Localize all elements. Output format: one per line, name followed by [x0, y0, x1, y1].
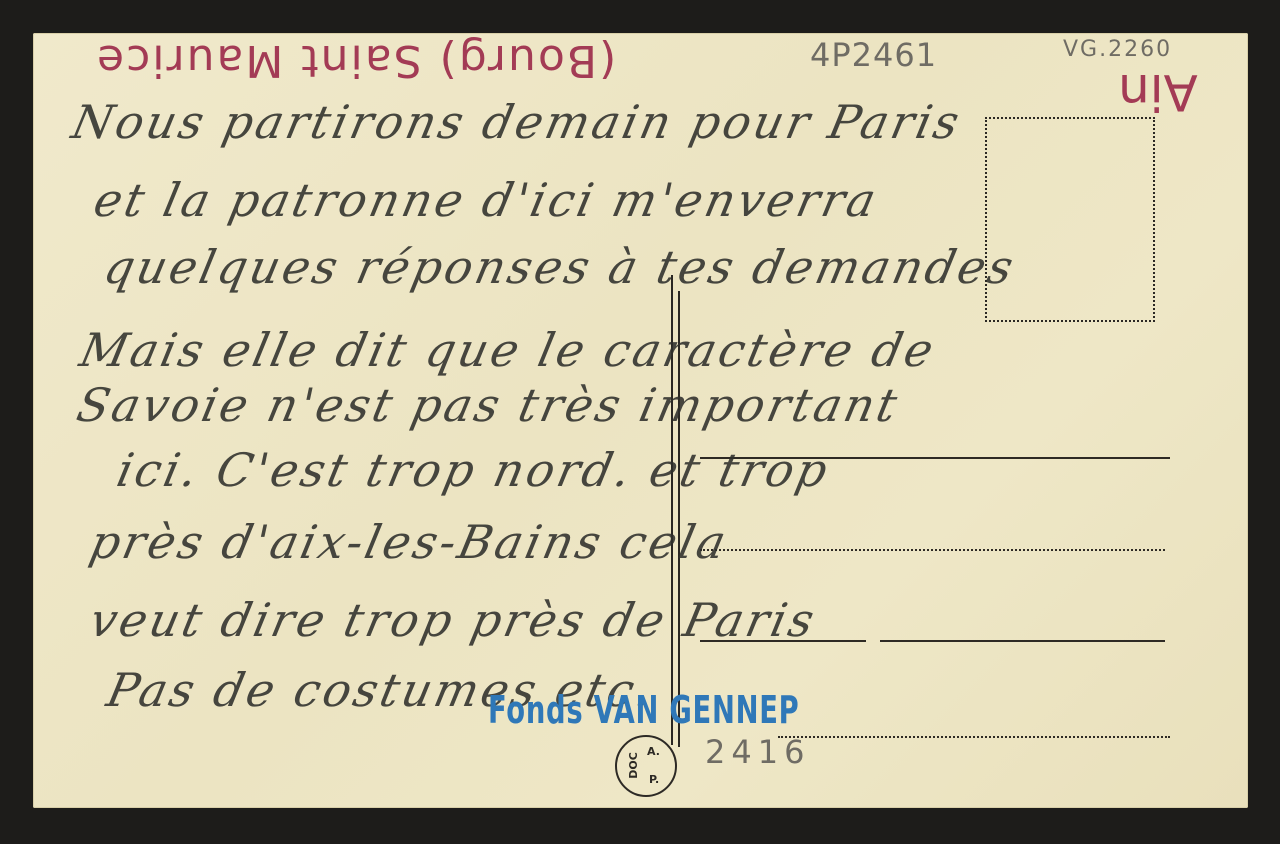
address-line-3b — [880, 640, 1165, 642]
circular-archive-stamp: A. DOC P. — [615, 735, 677, 797]
message-line-7: près d'aix-les-Bains cela — [85, 515, 733, 569]
circle-stamp-left: DOC — [627, 752, 640, 779]
address-line-4 — [778, 736, 1170, 738]
message-line-4: Mais elle dit que le caractère de — [75, 323, 941, 377]
pencil-reference-4p2461: 4P2461 — [810, 36, 937, 74]
fonds-van-gennep-stamp: Fonds VAN GENNEP — [488, 688, 799, 732]
pencil-reference-vg2260: VG.2260 — [1063, 37, 1172, 62]
postcard: (Bourg) Saint Maurice Ain 4P2461 VG.2260… — [33, 33, 1248, 808]
message-line-6: ici. C'est trop nord. et trop — [112, 443, 835, 497]
message-line-5: Savoie n'est pas très important — [72, 378, 904, 432]
circle-stamp-right: P. — [649, 773, 659, 786]
red-location-annotation: (Bourg) Saint Maurice — [95, 35, 616, 86]
message-line-3: quelques réponses à tes demandes — [99, 240, 1021, 294]
stamp-placement-box — [985, 117, 1155, 322]
message-line-2: et la patronne d'ici m'enverra — [89, 173, 883, 227]
circle-stamp-top: A. — [647, 745, 660, 758]
message-line-8: veut dire trop près de Paris — [85, 593, 821, 647]
pencil-reference-2416: 2416 — [705, 733, 810, 771]
address-line-2 — [700, 549, 1165, 551]
red-department-annotation: Ain — [1118, 63, 1198, 121]
message-line-1: Nous partirons demain pour Paris — [67, 95, 967, 149]
